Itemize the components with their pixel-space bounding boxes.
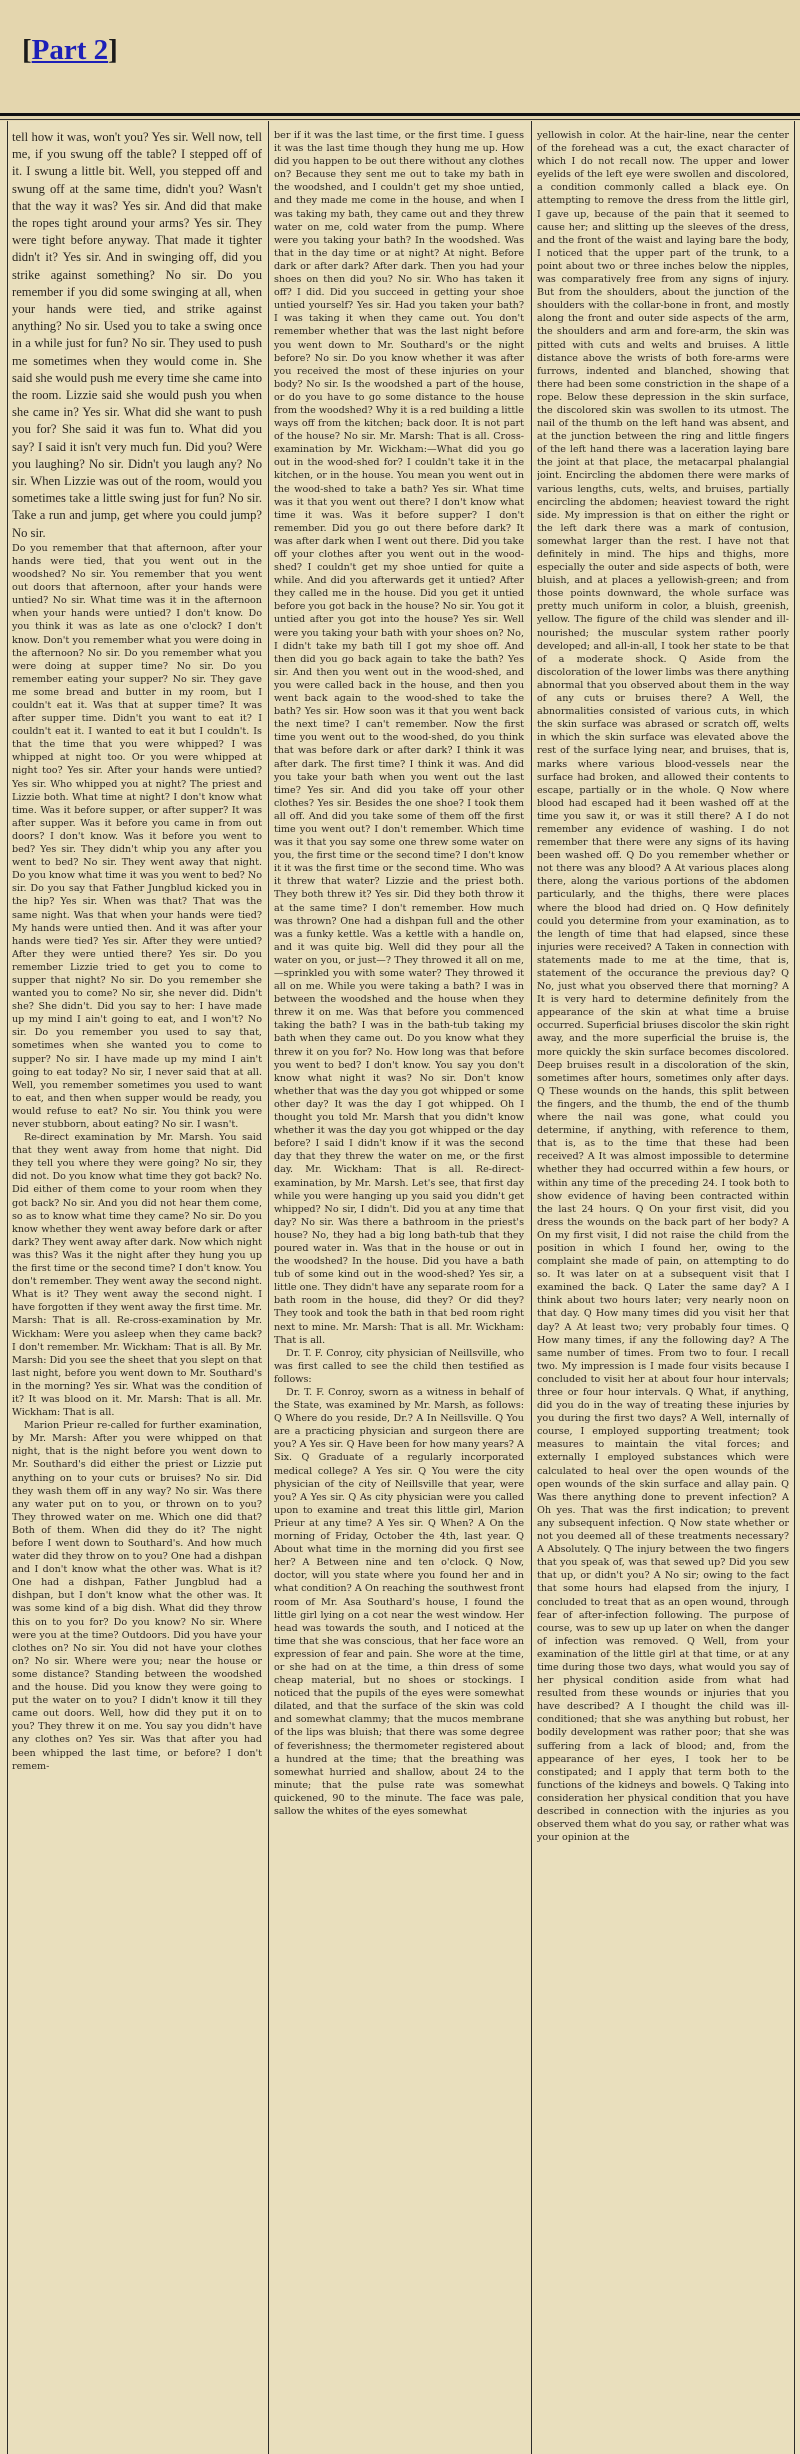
column-rule-2 — [531, 121, 532, 2454]
column-1-paragraph: tell how it was, won't you? Yes sir. Wel… — [12, 129, 262, 542]
page-header: [Part 2] — [0, 0, 800, 112]
article-column-3: yellowish in color. At the hair-line, ne… — [537, 129, 789, 2447]
part-navigation: [Part 2] — [22, 34, 118, 67]
newspaper-page: tell how it was, won't you? Yes sir. Wel… — [0, 121, 800, 2454]
recalled-examination-paragraph: Marion Prieur re-called for further exam… — [12, 1419, 262, 1773]
article-column-2: ber if it was the last time, or the firs… — [274, 129, 524, 2447]
column-1-lower-text: Do you remember that that afternoon, aft… — [12, 542, 262, 1773]
column-rule-1 — [268, 121, 269, 2454]
column-rule-right — [794, 121, 795, 2454]
physician-intro-paragraph: Dr. T. F. Conroy, city physician of Neil… — [274, 1347, 524, 1386]
article-column-1: tell how it was, won't you? Yes sir. Wel… — [12, 129, 262, 2447]
redirect-examination-paragraph: Re-direct examination by Mr. Marsh. You … — [12, 1131, 262, 1419]
header-rule-thin — [0, 119, 800, 120]
bracket-close: ] — [108, 34, 118, 66]
column-2-paragraph: ber if it was the last time, or the firs… — [274, 129, 524, 1347]
column-1-paragraph: Do you remember that that afternoon, aft… — [12, 542, 262, 1131]
physician-testimony-paragraph: Dr. T. F. Conroy, sworn as a witness in … — [274, 1386, 524, 1818]
part-2-link[interactable]: Part 2 — [32, 34, 109, 66]
header-rule — [0, 113, 800, 116]
column-3-paragraph: yellowish in color. At the hair-line, ne… — [537, 129, 789, 1844]
bracket-open: [ — [22, 34, 32, 66]
column-rule-left — [7, 121, 8, 2454]
